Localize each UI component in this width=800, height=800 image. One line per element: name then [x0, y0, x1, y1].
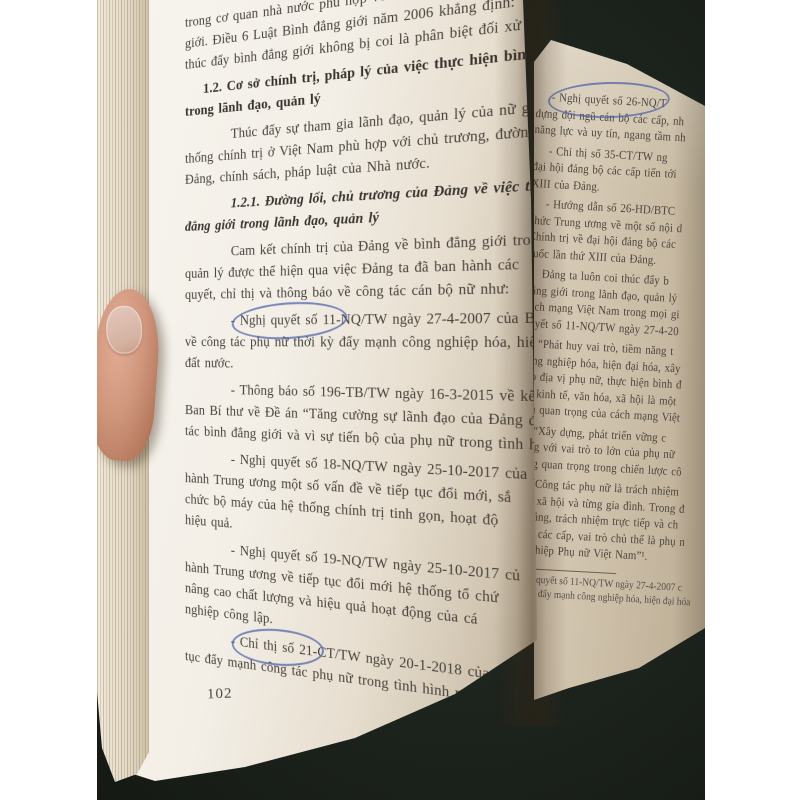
- text-line: đất nước.: [185, 352, 559, 378]
- right-page-text: - Nghị quyết số 26-NQ/T dựng đội ngũ cán…: [508, 88, 705, 610]
- book-photo: - Nghị quyết số 26-NQ/T dựng đội ngũ cán…: [97, 0, 705, 800]
- white-margin-right: [705, 0, 800, 800]
- page-number: 102: [207, 686, 233, 704]
- text-line: về công tác phụ nữ thời kỳ đẩy mạnh công…: [185, 330, 559, 354]
- text-segment: -: [231, 312, 240, 327]
- left-page-text: trong cơ quan nhà nước phù hợp với mục t…: [185, 0, 559, 719]
- text-segment: -NQ/TW ngày 27-4-2007 của Bộ C: [336, 309, 560, 328]
- left-page: trong cơ quan nhà nước phù hợp với mục t…: [133, 0, 539, 792]
- text-segment: -: [231, 633, 240, 649]
- pen-circle-nghi-quyet-11: Nghị quyết số 11: [240, 308, 336, 331]
- thumbnail-fingernail: [105, 305, 143, 354]
- text-segment: /T: [656, 96, 667, 111]
- right-page: - Nghị quyết số 26-NQ/T dựng đội ngũ cán…: [527, 0, 705, 720]
- white-margin-left: [0, 0, 97, 800]
- text-line: - Nghị quyết số 11-NQ/TW ngày 27-4-2007 …: [185, 305, 559, 331]
